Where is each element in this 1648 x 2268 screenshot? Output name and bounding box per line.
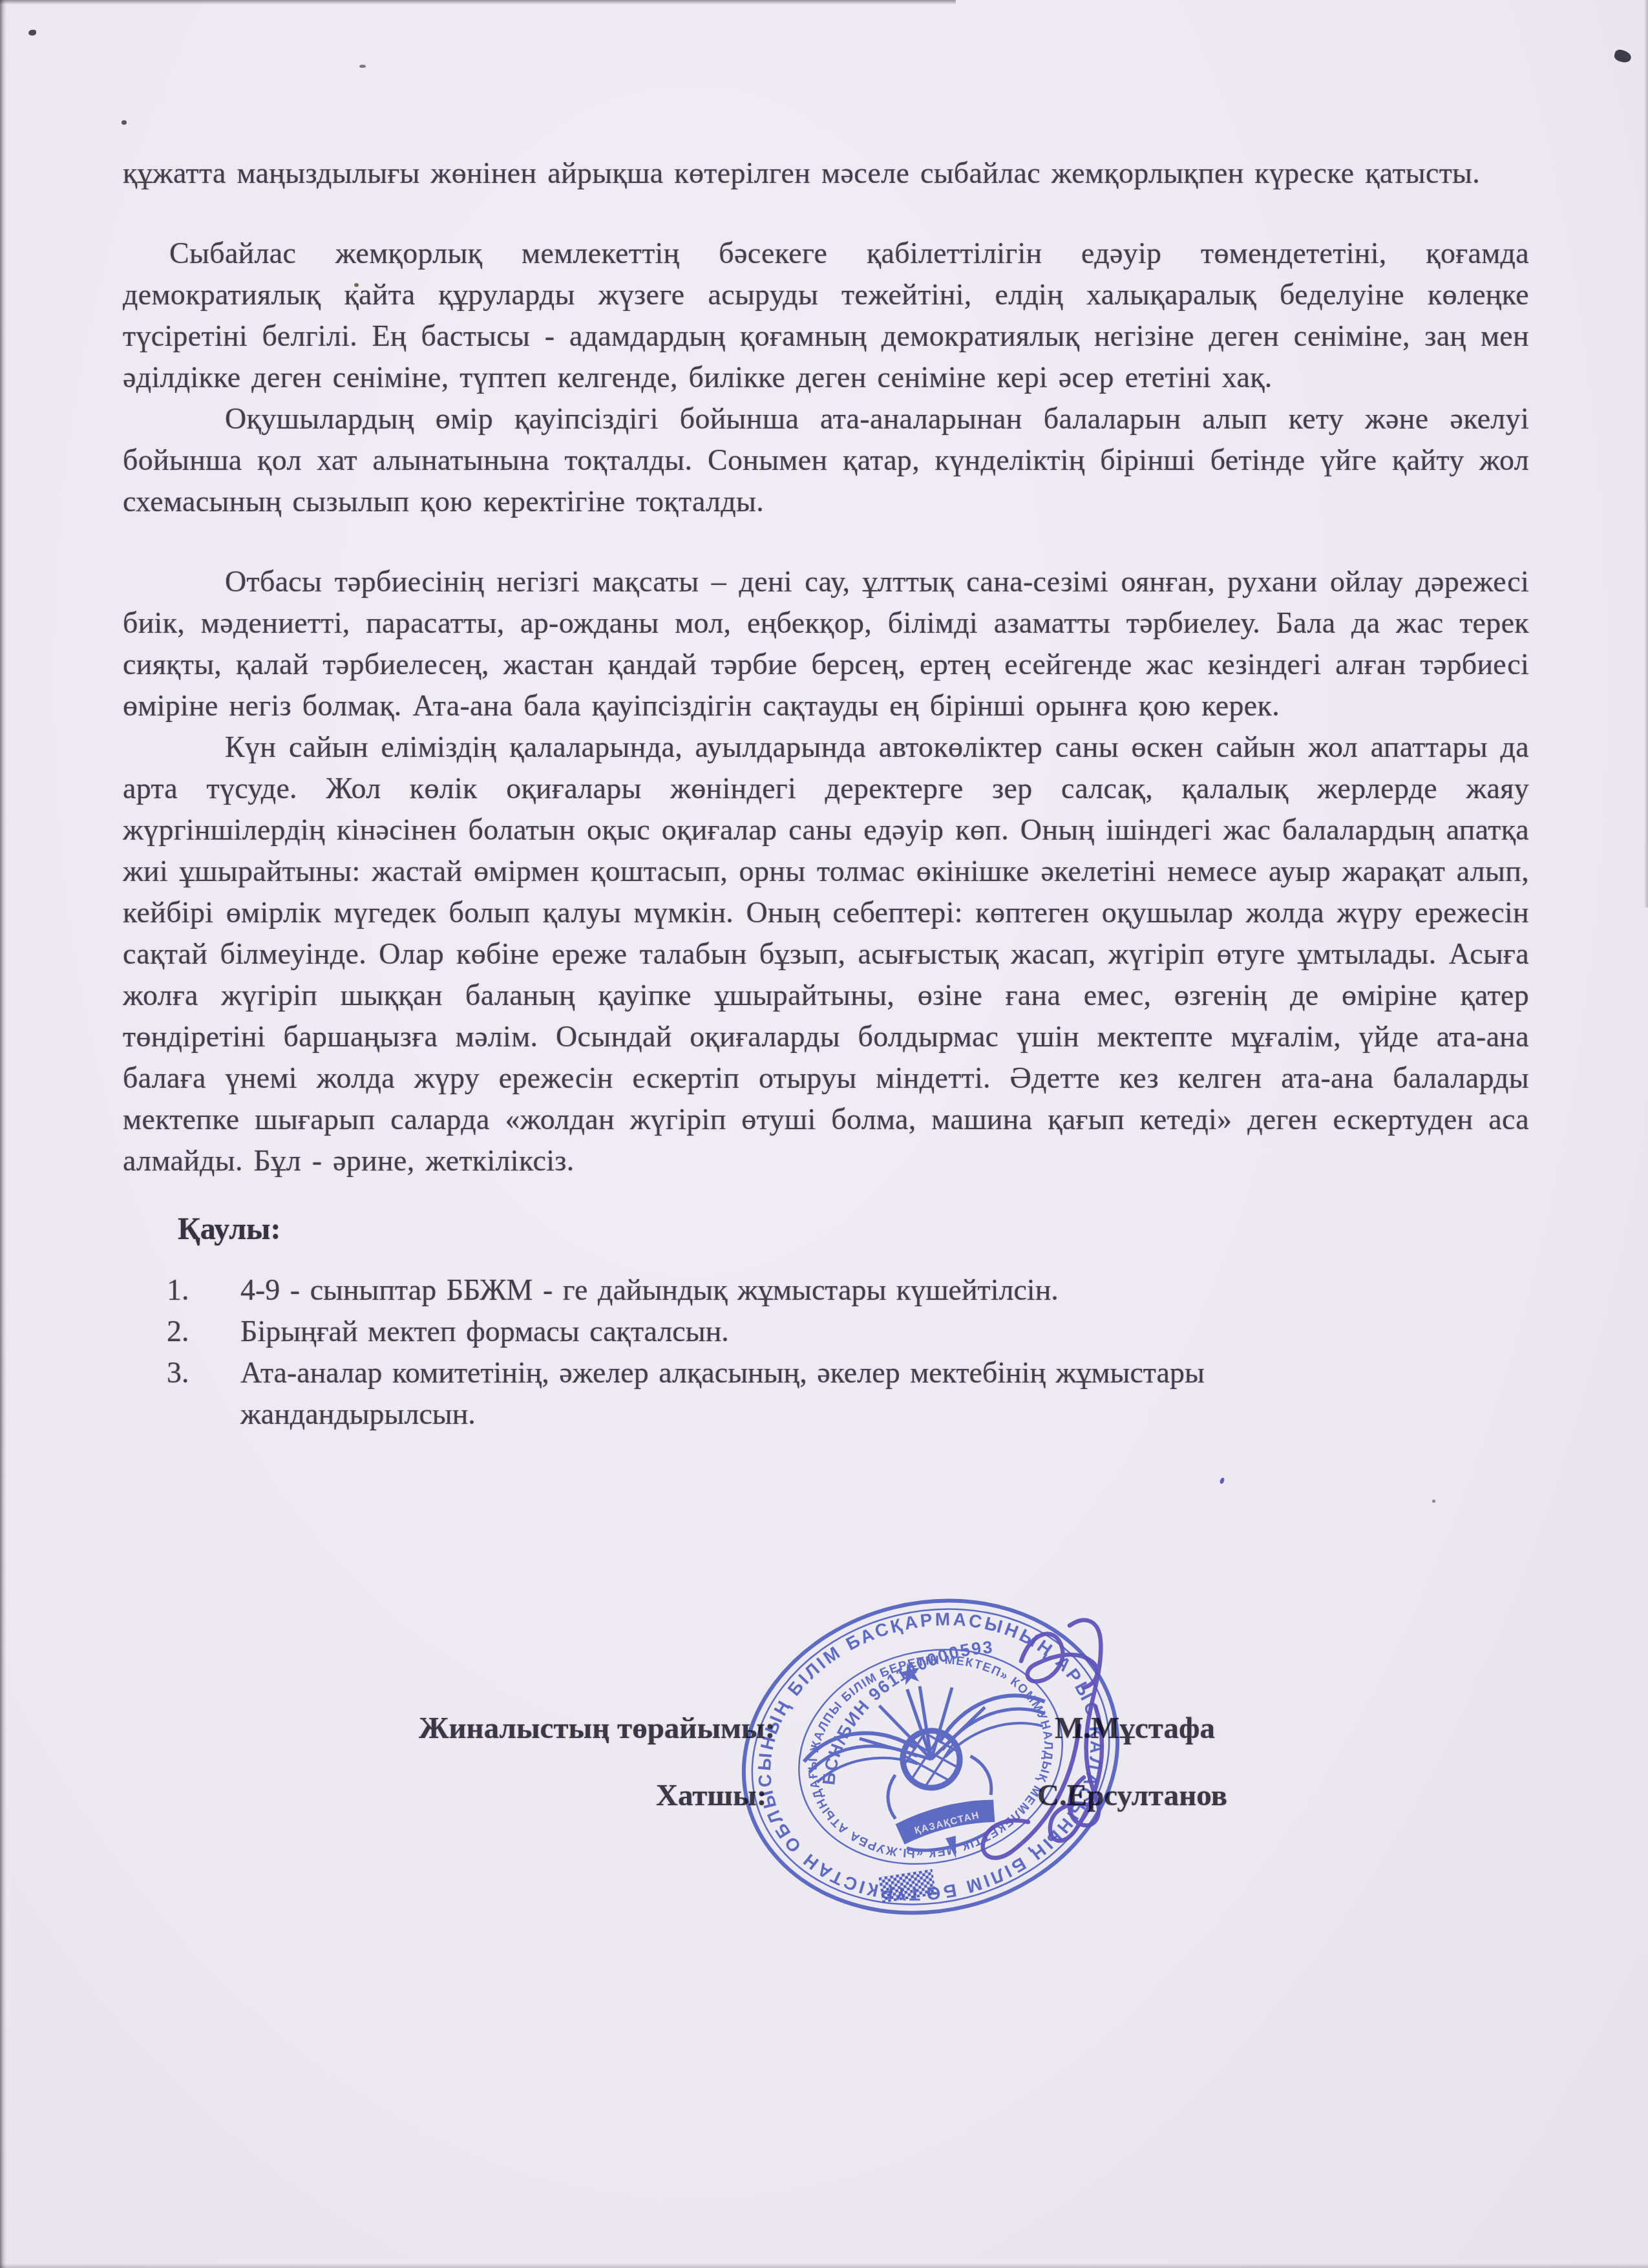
body-paragraph: Оқушылардың өмір қауіпсіздігі бойынша ат… <box>123 398 1529 522</box>
resolution-item-number: 1. <box>167 1269 240 1311</box>
scan-edge-right <box>1644 0 1648 907</box>
scan-speck <box>121 120 127 125</box>
body-paragraph: Отбасы тәрбиесінің негізгі мақсаты – ден… <box>123 561 1529 726</box>
resolution-item-text: 4-9 - сыныптар ББЖМ - ге дайындық жұмыст… <box>240 1269 1384 1311</box>
scan-speck <box>1219 1477 1225 1484</box>
scanned-document-page: құжатта маңыздылығы жөнінен айрықша көте… <box>0 0 1648 2268</box>
scan-speck <box>359 65 366 68</box>
document-body: құжатта маңыздылығы жөнінен айрықша көте… <box>123 153 1529 1435</box>
scan-edge-left <box>0 0 6 2268</box>
resolution-item: 3. Ата-аналар комитетінің, әжелер алқасы… <box>123 1352 1529 1435</box>
body-paragraph: Сыбайлас жемқорлық мемлекеттің бәсекеге … <box>123 233 1529 398</box>
scan-speck <box>28 30 36 36</box>
body-paragraph: Күн сайын еліміздің қалаларында, ауылдар… <box>123 726 1529 1182</box>
official-stamp: ТҮРКІСТАН ОБЛЫСЫНЫҢ БІЛІМ БАСҚАРМАСЫНЫҢ … <box>717 1571 1144 1997</box>
resolution-item-text: Ата-аналар комитетінің, әжелер алқасының… <box>240 1352 1384 1435</box>
scan-edge-top <box>0 0 956 5</box>
scan-speck <box>1613 48 1632 64</box>
body-paragraph: құжатта маңыздылығы жөнінен айрықша көте… <box>123 153 1529 194</box>
resolution-list: 1. 4-9 - сыныптар ББЖМ - ге дайындық жұм… <box>123 1269 1529 1435</box>
scan-edge-bottom <box>0 2263 1648 2268</box>
resolution-item: 1. 4-9 - сыныптар ББЖМ - ге дайындық жұм… <box>123 1269 1529 1311</box>
resolution-item-text: Бірыңғай мектеп формасы сақталсын. <box>240 1311 1384 1352</box>
scan-speck <box>1432 1500 1435 1503</box>
resolution-item-number: 2. <box>167 1311 240 1352</box>
resolution-item-number: 3. <box>167 1352 240 1394</box>
resolution-item: 2. Бірыңғай мектеп формасы сақталсын. <box>123 1311 1529 1352</box>
stamp-ink: ТҮРКІСТАН ОБЛЫСЫНЫҢ БІЛІМ БАСҚАРМАСЫНЫҢ … <box>717 1571 1144 1960</box>
resolution-heading: Қаулы: <box>178 1209 1529 1250</box>
